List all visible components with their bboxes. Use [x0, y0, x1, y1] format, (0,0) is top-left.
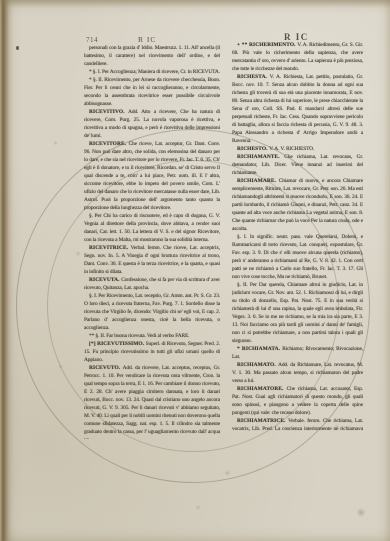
entry-headword: + ** RICHERIMENTO.	[237, 42, 297, 48]
foxing-spot	[195, 505, 201, 510]
dictionary-paragraph: §. Per Chi ha carico di riscuotere, ed è…	[84, 212, 220, 244]
dictionary-entry: RICHIAMATORE. Che richiama, Lat. accusat…	[232, 385, 363, 417]
entry-headword: RICHIAMARE.	[237, 178, 279, 184]
dictionary-paragraph: §. I. In signific. neutr. pass. vale Que…	[232, 233, 363, 281]
entry-headword: RICHIAMANTE.	[237, 154, 284, 160]
entry-headword: RICEVITORE.	[89, 141, 129, 147]
dictionary-paragraph: * §. II. Ricevimento, per Arnese da rice…	[84, 76, 220, 108]
dictionary-entry: RICEVITORE. Che riceve, Lat. acceptor, G…	[84, 140, 220, 212]
foxing-spot	[58, 364, 63, 369]
entry-headword: RICEVUTA.	[89, 277, 121, 283]
ink-speck	[16, 46, 19, 50]
foxing-spot	[356, 508, 366, 517]
entry-headword: RICHIAMATO.	[237, 362, 278, 368]
dictionary-entry: RICHESTO. V. A. V. RICHIESTO.	[232, 145, 363, 153]
entry-headword: RICEVITIVO.	[89, 109, 128, 115]
dictionary-entry: RICEVUTA. Confessione, che si fa per via…	[84, 276, 220, 292]
dictionary-entry: * RICHIAMATA. Richiamo; Rivocamento; Riv…	[232, 345, 363, 361]
entry-headword: RICHIAMATRICE.	[237, 418, 288, 424]
text-column-right: + ** RICHERIMENTO. V. A. Richiedimento, …	[232, 41, 363, 432]
dictionary-entry: RICHIAMANTE. Che richiama, Lat. revocans…	[232, 153, 363, 177]
folio-number: 714	[86, 36, 98, 44]
dictionary-entry: RICEVITIVO. Add. Atto a ricevere, Che ha…	[84, 108, 220, 140]
dictionary-entry: RICEVUTO. Add. da ricevere, Lat. acceptu…	[84, 364, 220, 439]
foxing-spot	[75, 251, 81, 256]
entry-headword: RICHIAMATORE.	[237, 386, 287, 392]
page-top-edge-shadow	[0, 0, 390, 8]
dictionary-entry: RICHIAMARE. Chiamar di nuovo, e ancora C…	[232, 177, 363, 233]
entry-headword: [*] RICEVUTISSIMO.	[89, 341, 146, 347]
entry-headword: RICHESTO.	[237, 146, 269, 152]
text-column-left: personali con la grazia d' Iddio. Maestr…	[84, 44, 220, 439]
scanned-book-page: 714 R IC R IC personali con la grazia d'…	[0, 0, 390, 541]
dictionary-paragraph: §. I. Per Ricevimento, Lat. receptio, Gr…	[84, 292, 220, 332]
dictionary-entry: [*] RICEVUTISSIMO. Superl. di Ricevuto, …	[84, 340, 220, 364]
running-head-left: R IC	[138, 35, 156, 44]
entry-headword: RICHESTA.	[237, 74, 270, 80]
dictionary-entry: RICHIAMATRICE. Verbale. femm. Che richia…	[232, 417, 363, 432]
dictionary-paragraph: personali con la grazia d' Iddio. Maestr…	[84, 44, 220, 68]
dictionary-paragraph: ** §. II. Far buona ricevuta. Vedi al ve…	[84, 332, 220, 340]
dictionary-entry: RICHIAMATO. Add. da Richiamare, Lat. rev…	[232, 361, 363, 385]
dictionary-paragraph: * §. I. Per Accoglienza; Maniera di rice…	[84, 68, 220, 76]
entry-headword: RICEVUTO.	[89, 365, 123, 371]
entry-headword: RICEVITRICE.	[89, 245, 131, 251]
dictionary-paragraph: §. II. Per Dar querela, Chiamare altrui …	[232, 281, 363, 345]
entry-headword: * RICHIAMATA.	[237, 346, 282, 352]
foxing-spot	[53, 141, 58, 145]
foxing-spot	[224, 470, 231, 476]
dictionary-entry: RICEVITRICE. Verbal. femm. Che riceve, L…	[84, 244, 220, 276]
page-left-edge	[0, 0, 13, 541]
dictionary-entry: + ** RICHERIMENTO. V. A. Richiedimento, …	[232, 41, 363, 73]
dictionary-entry: RICHESTA. V. A. Richiesta, Lat. petitio,…	[232, 73, 363, 145]
